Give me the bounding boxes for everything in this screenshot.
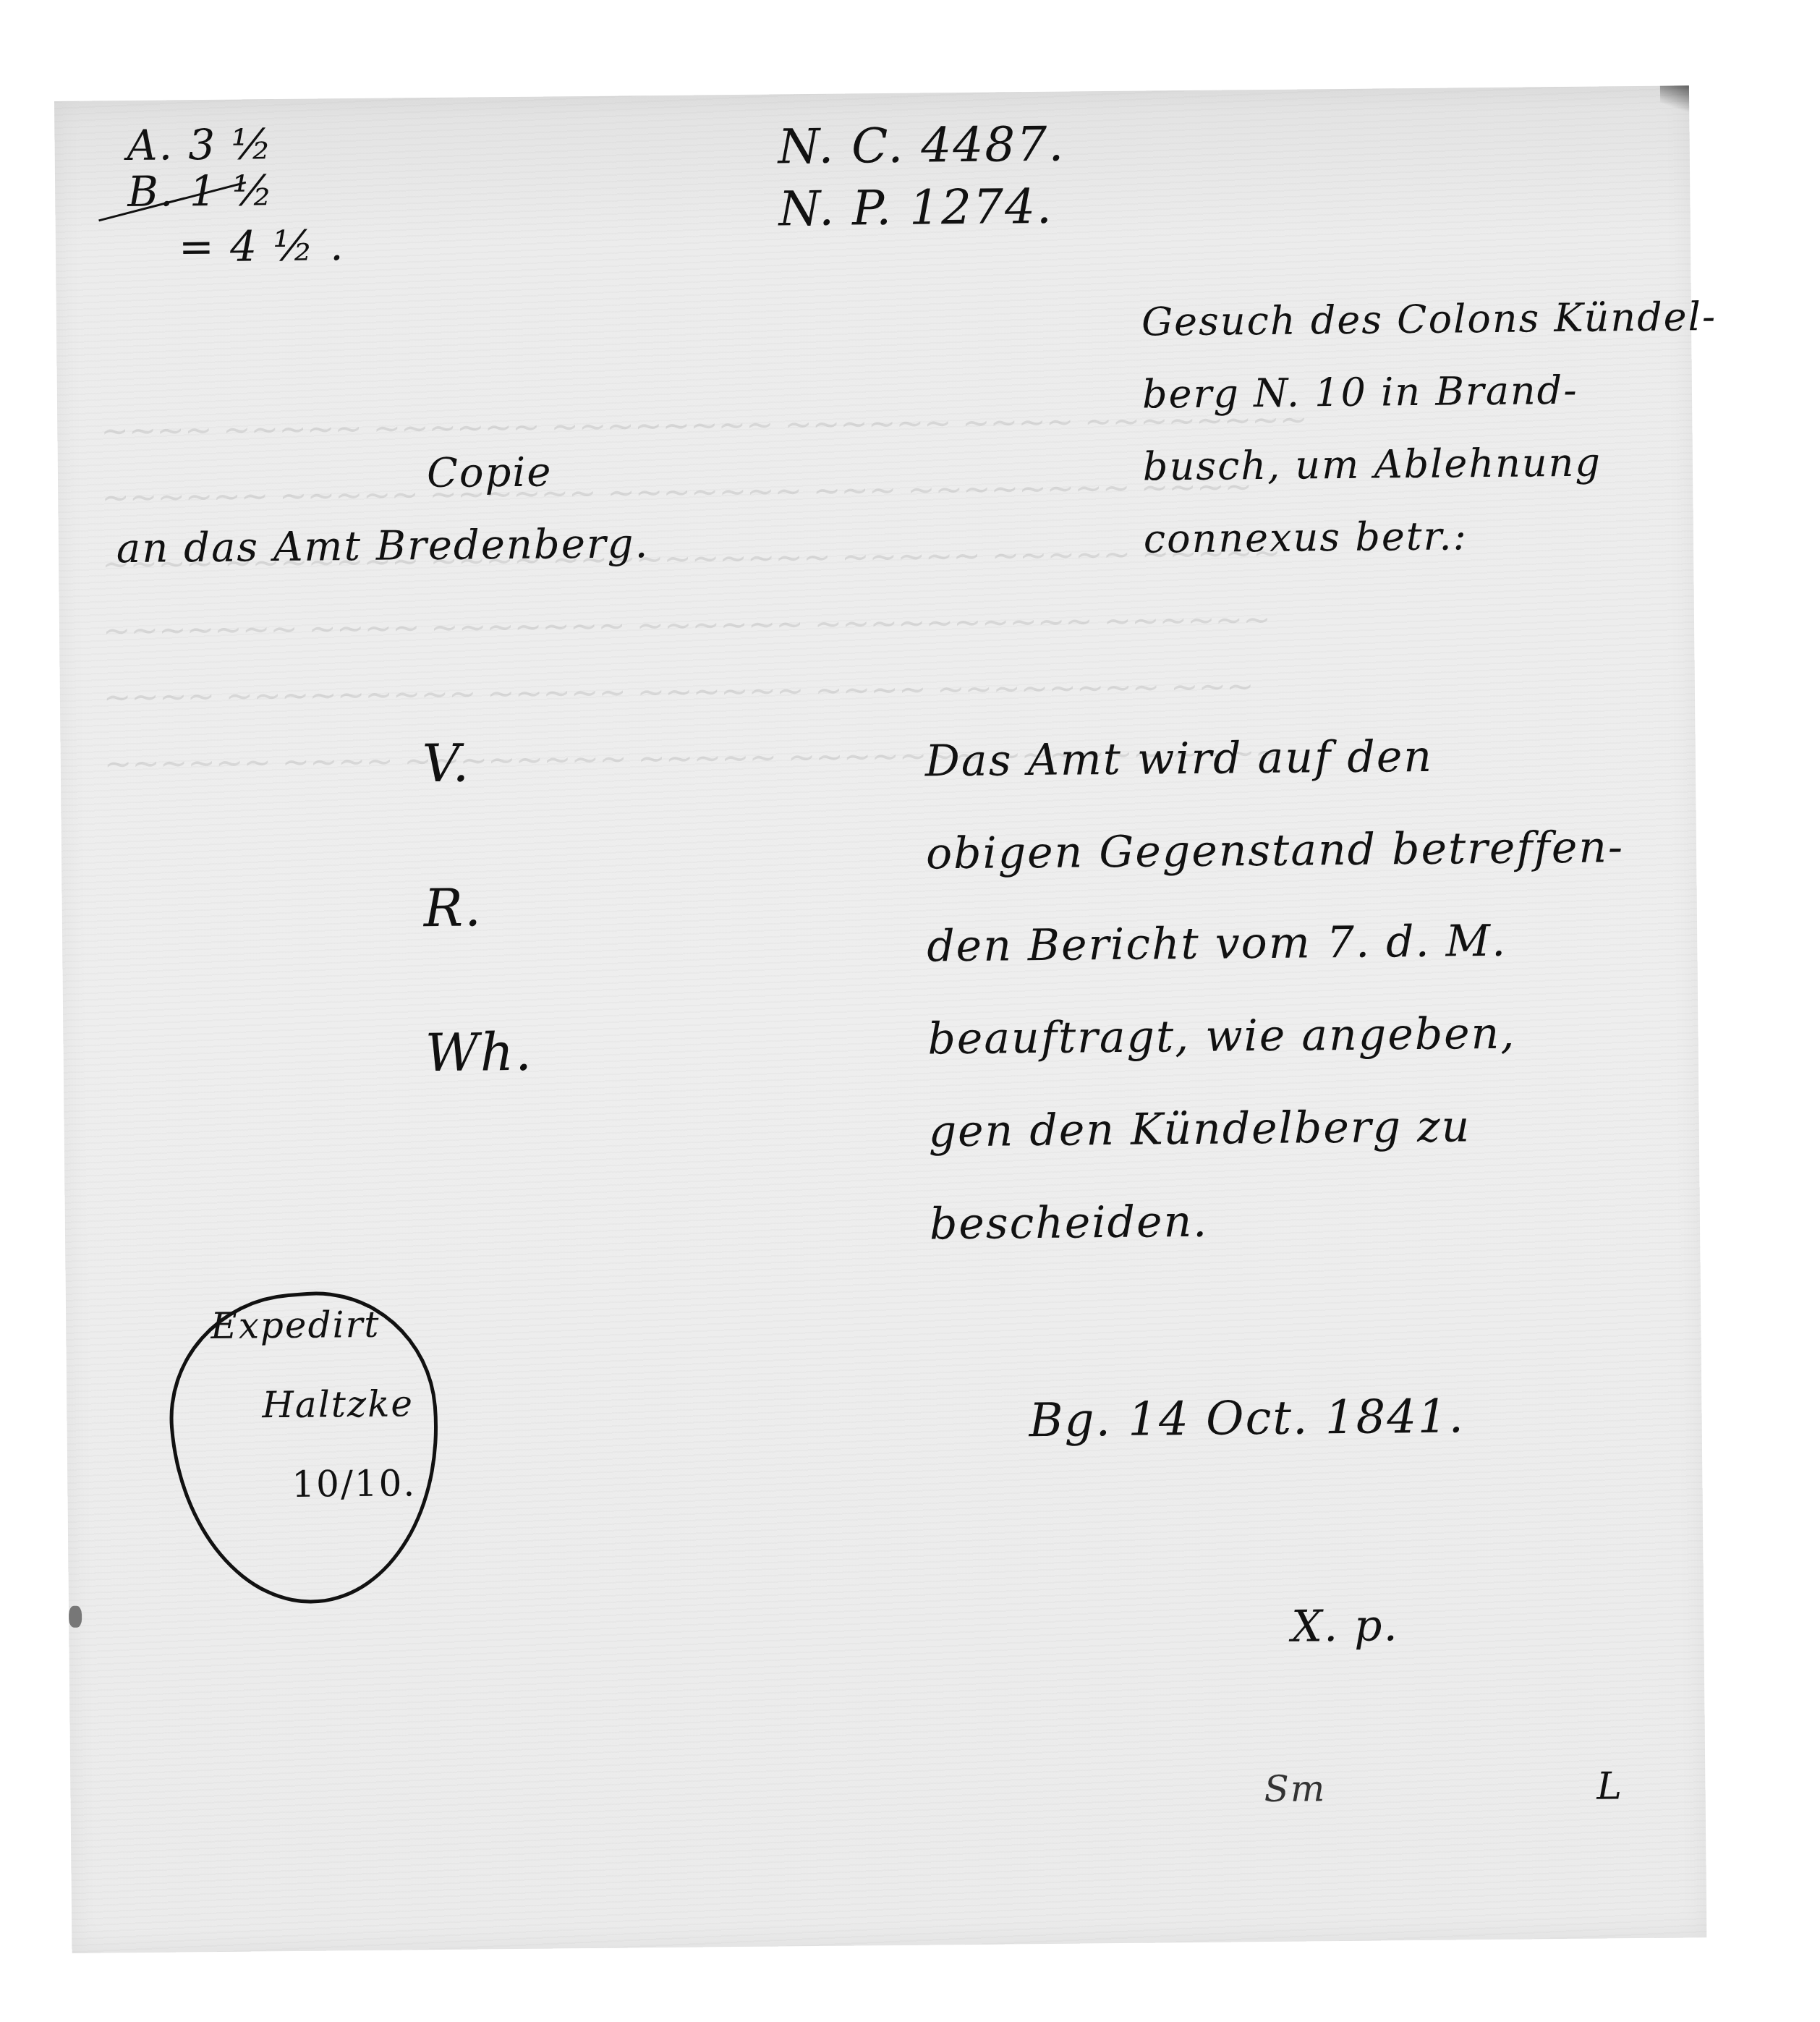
subject-line: berg N. 10 in Brand- xyxy=(1142,368,1578,417)
closing-abbreviation: X. p. xyxy=(1291,1600,1399,1652)
expedit-date: 10/10. xyxy=(212,1443,417,1525)
page-corner-shadow xyxy=(1660,85,1689,114)
signature-mark: V. xyxy=(422,733,470,794)
expedit-label: Expedirt xyxy=(211,1304,380,1347)
subject-block: Gesuch des Colons Kündel- berg N. 10 in … xyxy=(1141,281,1719,576)
expedit-note: Expedirt Haltzke 10/10. xyxy=(211,1284,417,1525)
registry-np: N. P. 1274. xyxy=(778,179,1053,237)
ink-blot xyxy=(69,1606,82,1628)
expedit-clerk: Haltzke xyxy=(211,1364,416,1445)
copy-label: Copie xyxy=(116,436,649,513)
signature-mark: R. xyxy=(423,877,482,938)
registry-numbers: N. C. 4487. N. P. 1274. xyxy=(778,114,1066,241)
reference-total: = 4 ½ . xyxy=(128,222,345,271)
document-page: ~~~~ ~~~~~ ~~~~~~ ~~~~~~~~ ~~~~~~ ~~~~ ~… xyxy=(54,85,1706,1953)
body-line: den Bericht vom 7. d. M. xyxy=(927,916,1508,972)
signature-mark: Wh. xyxy=(425,1021,533,1083)
reference-line-1: A. 3 ½ xyxy=(127,119,273,170)
subject-line: Gesuch des Colons Kündel- xyxy=(1141,294,1717,345)
registry-nc: N. C. 4487. xyxy=(778,116,1065,175)
initials-right: L xyxy=(1596,1764,1623,1808)
body-line: Das Amt wird auf den xyxy=(924,731,1433,787)
body-line: gen den Kündelberg zu xyxy=(928,1101,1471,1157)
body-line: bescheiden. xyxy=(930,1197,1209,1250)
body-text: Das Amt wird auf den obigen Gegenstand b… xyxy=(924,708,1628,1270)
date-line: Bg. 14 Oct. 1841. xyxy=(1029,1390,1465,1448)
reference-fraction: A. 3 ½ B. 1 ½ = 4 ½ . xyxy=(127,120,344,271)
body-line: beauftragt, wie angeben, xyxy=(927,1008,1515,1065)
body-line: obigen Gegenstand betreffen- xyxy=(926,822,1625,879)
subject-line: busch, um Ablehnung xyxy=(1143,439,1602,489)
recipient-line: an das Amt Bredenberg. xyxy=(116,520,650,572)
subject-line: connexus betr.: xyxy=(1144,513,1468,561)
reference-line-2: B. 1 ½ xyxy=(127,166,275,216)
initials-left: Sm xyxy=(1264,1767,1326,1810)
recipient-block: Copie an das Amt Bredenberg. xyxy=(116,436,650,585)
margin-signatures: V. R. Wh. xyxy=(422,690,534,1125)
